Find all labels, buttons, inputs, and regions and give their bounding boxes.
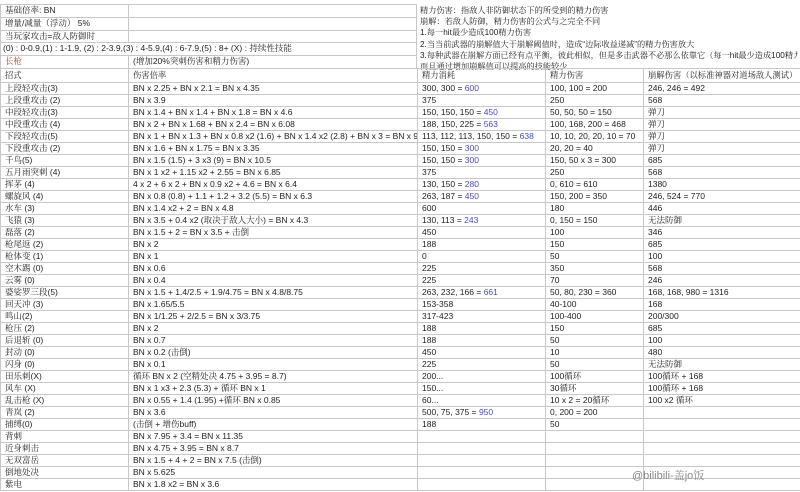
move-name-cell: 螺旋风 (4) (1, 191, 129, 203)
ki-damage-cell: 10, 10, 20, 20, 10 = 70 (546, 131, 644, 143)
break-damage-cell: 弹刀 (644, 119, 800, 131)
top-row: 增量/减量（浮动） 5% (1, 18, 417, 31)
table-row: 下段轻攻击(5)BN x 1 + BN x 1.3 + BN x 0.8 x2 … (1, 131, 800, 143)
ki-damage-cell: 50 (546, 251, 644, 263)
break-damage-cell: 246 (644, 275, 800, 287)
ki-cost-cell: 263, 232, 166 = 661 (418, 287, 546, 299)
table-row: 枪压 (2)BN x 2188150685 (1, 323, 800, 335)
top-row: 基础倍率: BN (1, 5, 417, 18)
top-row-value (129, 5, 417, 17)
table-row: 背刺BN x 7.95 + 3.4 = BN x 11.35 (1, 431, 800, 443)
ki-damage-cell: 100-400 (546, 311, 644, 323)
move-name-cell: 近身刺击 (1, 443, 129, 455)
ki-cost-cell: 150, 150 = 300 (418, 143, 546, 155)
table-row: 水车 (3)BN x 1.4 x2 + 2 = BN x 4.860018044… (1, 203, 800, 215)
move-name-cell: 枪压 (2) (1, 323, 129, 335)
column-header: 崩解伤害（以标准神器对道场敌人测试） (644, 69, 800, 83)
damage-formula-cell: BN x 1.5 + 2 = BN x 3.5 + 击倒 (129, 227, 418, 239)
damage-formula-cell: (击倒 + 增伤buff) (129, 419, 418, 431)
damage-formula-cell: BN x 7.95 + 3.4 = BN x 11.35 (129, 431, 418, 443)
ki-cost-cell: 600 (418, 203, 546, 215)
ki-cost-cell (418, 479, 546, 491)
break-damage-cell (644, 419, 800, 431)
damage-formula-cell: BN x 3.6 (129, 407, 418, 419)
ki-cost-total: 950 (479, 407, 493, 417)
ki-cost-cell: 113, 112, 113, 150, 150 = 638 (418, 131, 546, 143)
ki-cost-total: 450 (465, 191, 479, 201)
ki-damage-cell: 150 (546, 323, 644, 335)
ki-cost-cell: 150, 150 = 300 (418, 155, 546, 167)
ki-damage-cell: 250 (546, 95, 644, 107)
top-row-label: 长枪 (1, 56, 129, 68)
ki-cost-cell: 130, 150 = 280 (418, 179, 546, 191)
break-damage-cell: 100 (644, 251, 800, 263)
ki-cost-cell: 225 (418, 263, 546, 275)
table-row: 枪尾返 (2)BN x 2188150685 (1, 239, 800, 251)
move-name-cell: 婆娑罗三段(5) (1, 287, 129, 299)
damage-formula-cell: BN x 1.4 x2 + 2 = BN x 4.8 (129, 203, 418, 215)
break-damage-cell: 弹刀 (644, 107, 800, 119)
move-name-cell: 回天冲 (3) (1, 299, 129, 311)
ki-cost-cell: 188 (418, 323, 546, 335)
top-row: 当玩家攻击=敌人防御时 (1, 31, 417, 44)
table-row: 螺旋风 (4)BN x 0.8 (0.8) + 1.1 + 1.2 + 3.2 … (1, 191, 800, 203)
move-name-cell: 田乐刺(X) (1, 371, 129, 383)
table-row: 磊落 (2)BN x 1.5 + 2 = BN x 3.5 + 击倒450100… (1, 227, 800, 239)
damage-formula-cell: BN x 0.2 (击倒) (129, 347, 418, 359)
damage-formula-cell: BN x 2 + BN x 1.68 + BN x 2.4 = BN x 6.0… (129, 119, 418, 131)
damage-formula-cell: BN x 0.6 (129, 263, 418, 275)
damage-formula-cell: BN x 2 (129, 239, 418, 251)
damage-formula-cell: BN x 1.4 + BN x 1.4 + BN x 1.8 = BN x 4.… (129, 107, 418, 119)
break-damage-cell: 346 (644, 227, 800, 239)
column-header: 精力消耗 (418, 69, 546, 83)
damage-formula-cell: BN x 2 (129, 323, 418, 335)
break-damage-cell: 200/300 (644, 311, 800, 323)
column-header: 招式 (1, 69, 129, 83)
move-name-cell: 闪身 (0) (1, 359, 129, 371)
move-name-cell: 紫电 (1, 479, 129, 491)
table-row: 回天冲 (3)BN x 1.65/5.5153-35840-100168 (1, 299, 800, 311)
ki-cost-total: 563 (484, 119, 498, 129)
ki-cost-total: 600 (465, 83, 479, 93)
move-name-cell: 下段轻攻击(5) (1, 131, 129, 143)
ki-cost-cell: 150, 150, 150 = 450 (418, 107, 546, 119)
damage-formula-cell: BN x 1.6 + BN x 1.75 = BN x 3.35 (129, 143, 418, 155)
ki-cost-total: 638 (520, 131, 534, 141)
ki-damage-cell: 250 (546, 167, 644, 179)
table-row: 云雾 (0)BN x 0.422570246 (1, 275, 800, 287)
top-row-label: 增量/减量（浮动） 5% (1, 18, 129, 30)
ki-cost-cell: 450 (418, 347, 546, 359)
move-name-cell: 中段轻攻击(3) (1, 107, 129, 119)
move-name-cell: 封动 (0) (1, 347, 129, 359)
move-name-cell: 上段轻攻击(3) (1, 83, 129, 95)
ki-cost-cell: 500, 75, 375 = 950 (418, 407, 546, 419)
break-damage-cell: 1380 (644, 179, 800, 191)
damage-formula-cell: BN x 0.55 + 1.4 (1.95) +循环 BN x 0.85 (129, 395, 418, 407)
ki-damage-cell: 10 (546, 347, 644, 359)
break-damage-cell: 100 x2 循环 (644, 395, 800, 407)
ki-damage-cell: 100, 100 = 200 (546, 83, 644, 95)
break-damage-cell: 480 (644, 347, 800, 359)
break-damage-cell: 100 (644, 335, 800, 347)
table-row: 挥茅 (4)4 x 2 + 6 x 2 + BN x 0.9 x2 + 4.6 … (1, 179, 800, 191)
ki-damage-cell: 100 (546, 227, 644, 239)
damage-formula-cell: BN x 0.4 (129, 275, 418, 287)
ki-damage-cell: 50 (546, 359, 644, 371)
move-name-cell: 上段重攻击 (2) (1, 95, 129, 107)
column-header: 精力伤害 (546, 69, 644, 83)
ki-cost-cell: 317-423 (418, 311, 546, 323)
ki-cost-cell: 263, 187 = 450 (418, 191, 546, 203)
ki-cost-cell: 375 (418, 95, 546, 107)
top-row-value (129, 18, 417, 30)
damage-formula-cell: BN x 3.5 + 0.4 x2 (取决于敌人大小) = BN x 4.3 (129, 215, 418, 227)
damage-formula-cell: BN x 1.5 + 1.4/2.5 + 1.9/4.75 = BN x 4.8… (129, 287, 418, 299)
ki-cost-cell (418, 455, 546, 467)
table-row: 封动 (0)BN x 0.2 (击倒)45010480 (1, 347, 800, 359)
ki-damage-cell: 0, 610 = 610 (546, 179, 644, 191)
move-name-cell: 无双富岳 (1, 455, 129, 467)
move-name-cell: 五月雨突刺 (4) (1, 167, 129, 179)
note-line: 1.每一hit最少造成100精力伤害 (420, 27, 798, 38)
ki-damage-cell: 0, 200 = 200 (546, 407, 644, 419)
ki-damage-cell: 180 (546, 203, 644, 215)
damage-formula-cell: BN x 4.75 + 3.95 = BN x 8.7 (129, 443, 418, 455)
ki-damage-cell: 100, 168, 200 = 468 (546, 119, 644, 131)
table-row: 田乐刺(X)循环 BN x 2 (空精处决 4.75 + 3.95 = 8.7)… (1, 371, 800, 383)
ki-cost-cell: 188 (418, 335, 546, 347)
ki-damage-cell (546, 443, 644, 455)
break-damage-cell: 168 (644, 299, 800, 311)
top-left-rows: 基础倍率: BN增量/减量（浮动） 5%当玩家攻击=敌人防御时(0) : 0-0… (0, 4, 417, 69)
ki-damage-cell: 50, 80, 230 = 360 (546, 287, 644, 299)
damage-formula-cell: BN x 2.25 + BN x 2.1 = BN x 4.35 (129, 83, 418, 95)
ki-cost-cell (418, 443, 546, 455)
table-row: 中段轻攻击(3)BN x 1.4 + BN x 1.4 + BN x 1.8 =… (1, 107, 800, 119)
ki-damage-cell: 150, 50 x 3 = 300 (546, 155, 644, 167)
damage-formula-cell: BN x 1 x3 + 2.3 (5.3) + 循环 BN x 1 (129, 383, 418, 395)
break-damage-cell: 100循环 + 168 (644, 371, 800, 383)
break-damage-cell: 685 (644, 323, 800, 335)
damage-formula-cell: BN x 1 (129, 251, 418, 263)
ki-damage-cell (546, 431, 644, 443)
ki-cost-cell: 375 (418, 167, 546, 179)
damage-formula-cell: BN x 3.9 (129, 95, 418, 107)
note-line: 2.当当前武器的崩解值大于崩解阈值时，造成“边际收益递减”的精力伤害放大 (420, 39, 798, 50)
top-row-value (129, 31, 417, 43)
ki-damage-cell: 100循环 (546, 371, 644, 383)
break-damage-cell: 弹刀 (644, 131, 800, 143)
break-damage-cell: 685 (644, 239, 800, 251)
move-name-cell: 下段重攻击 (2) (1, 143, 129, 155)
damage-formula-cell: BN x 1 x2 + 1.15 x2 + 2.55 = BN x 6.85 (129, 167, 418, 179)
ki-cost-total: 450 (484, 107, 498, 117)
move-name-cell: 枪尾返 (2) (1, 239, 129, 251)
ki-damage-cell: 40-100 (546, 299, 644, 311)
table-row: 下段重攻击 (2)BN x 1.6 + BN x 1.75 = BN x 3.3… (1, 143, 800, 155)
table-row: 飞猿 (3)BN x 3.5 + 0.4 x2 (取决于敌人大小) = BN x… (1, 215, 800, 227)
watermark: @bilibili-盖jo饭 (632, 467, 704, 483)
top-row: (0) : 0-0.9,(1) : 1-1.9, (2) : 2-3.9,(3)… (1, 43, 417, 56)
break-damage-cell: 无法防御 (644, 359, 800, 371)
break-damage-cell: 446 (644, 203, 800, 215)
notes-block: 精力伤害：指敌人非防御状态下的所受到的精力伤害崩解：若敌人防御，精力伤害的公式与… (420, 5, 798, 72)
note-line: 崩解：若敌人防御，精力伤害的公式与之完全不同 (420, 16, 798, 27)
move-name-cell: 云雾 (0) (1, 275, 129, 287)
break-damage-cell: 168, 168, 980 = 1316 (644, 287, 800, 299)
damage-formula-cell: BN x 1.5 (1.5) + 3 x3 (9) = BN x 10.5 (129, 155, 418, 167)
damage-formula-cell: 循环 BN x 2 (空精处决 4.75 + 3.95 = 8.7) (129, 371, 418, 383)
table-row: 五月雨突刺 (4)BN x 1 x2 + 1.15 x2 + 2.55 = BN… (1, 167, 800, 179)
break-damage-cell: 685 (644, 155, 800, 167)
ki-cost-total: 300 (465, 143, 479, 153)
damage-formula-cell: BN x 0.7 (129, 335, 418, 347)
ki-damage-cell: 30循环 (546, 383, 644, 395)
ki-damage-cell: 70 (546, 275, 644, 287)
break-damage-cell: 568 (644, 263, 800, 275)
table-row: 近身刺击BN x 4.75 + 3.95 = BN x 8.7 (1, 443, 800, 455)
ki-cost-total: 243 (464, 215, 478, 225)
note-line: 精力伤害：指敌人非防御状态下的所受到的精力伤害 (420, 5, 798, 16)
table-row: 闪身 (0)BN x 0.122550无法防御 (1, 359, 800, 371)
ki-cost-cell: 188, 150, 225 = 563 (418, 119, 546, 131)
table-row: 后退斩 (0)BN x 0.718850100 (1, 335, 800, 347)
ki-damage-cell: 10 x 2 = 20循环 (546, 395, 644, 407)
move-name-cell: 背刺 (1, 431, 129, 443)
move-name-cell: 磊落 (2) (1, 227, 129, 239)
damage-formula-cell: BN x 1/1.25 + 2/2.5 = BN x 3/3.75 (129, 311, 418, 323)
table-header-row: 招式伤害倍率精力消耗精力伤害崩解伤害（以标准神器对道场敌人测试） (1, 69, 800, 83)
move-name-cell: 倒地处决 (1, 467, 129, 479)
top-row-text: (0) : 0-0.9,(1) : 1-1.9, (2) : 2-3.9,(3)… (1, 43, 417, 55)
damage-formula-cell: 4 x 2 + 6 x 2 + BN x 0.9 x2 + 4.6 = BN x… (129, 179, 418, 191)
ki-cost-cell: 150... (418, 383, 546, 395)
break-damage-cell: 无法防御 (644, 215, 800, 227)
top-row-value: (增加20%突刺伤害和精力伤害) (129, 56, 417, 68)
move-name-cell: 水车 (3) (1, 203, 129, 215)
move-name-cell: 后退斩 (0) (1, 335, 129, 347)
move-name-cell: 鸣山(2) (1, 311, 129, 323)
column-header: 伤害倍率 (129, 69, 418, 83)
table-row: 中段重攻击 (4)BN x 2 + BN x 1.68 + BN x 2.4 =… (1, 119, 800, 131)
move-name-cell: 枪体变 (1) (1, 251, 129, 263)
break-damage-cell (644, 431, 800, 443)
table-row: 乱击枪 (X)BN x 0.55 + 1.4 (1.95) +循环 BN x 0… (1, 395, 800, 407)
break-damage-cell (644, 407, 800, 419)
move-name-cell: 乱击枪 (X) (1, 395, 129, 407)
ki-cost-cell: 450 (418, 227, 546, 239)
ki-damage-cell: 350 (546, 263, 644, 275)
break-damage-cell: 246, 524 = 770 (644, 191, 800, 203)
ki-damage-cell: 50 (546, 335, 644, 347)
ki-cost-cell: 200... (418, 371, 546, 383)
table-row: 捕缚(0)(击倒 + 增伤buff)18850 (1, 419, 800, 431)
ki-cost-total: 300 (465, 155, 479, 165)
ki-damage-cell (546, 467, 644, 479)
move-name-cell: 挥茅 (4) (1, 179, 129, 191)
ki-damage-cell: 0, 150 = 150 (546, 215, 644, 227)
table-row: 上段轻攻击(3)BN x 2.25 + BN x 2.1 = BN x 4.35… (1, 83, 800, 95)
ki-cost-total: 661 (484, 287, 498, 297)
ki-damage-cell: 50, 50, 50 = 150 (546, 107, 644, 119)
damage-formula-cell: BN x 0.1 (129, 359, 418, 371)
move-name-cell: 捕缚(0) (1, 419, 129, 431)
ki-damage-cell (546, 479, 644, 491)
top-row-label: 当玩家攻击=敌人防御时 (1, 31, 129, 43)
ki-cost-cell: 225 (418, 275, 546, 287)
ki-damage-cell: 50 (546, 419, 644, 431)
ki-cost-cell: 0 (418, 251, 546, 263)
damage-formula-cell: BN x 1.8 x2 = BN x 3.6 (129, 479, 418, 491)
damage-formula-cell: BN x 5.625 (129, 467, 418, 479)
move-name-cell: 千鸟(5) (1, 155, 129, 167)
ki-cost-cell: 60... (418, 395, 546, 407)
ki-cost-cell (418, 467, 546, 479)
note-line: 3.每种武器在崩解方面已经有点平衡，彼此相似，但是多击武器不必那么依靠它（每一h… (420, 50, 798, 61)
table-row: 婆娑罗三段(5)BN x 1.5 + 1.4/2.5 + 1.9/4.75 = … (1, 287, 800, 299)
table-row: 空木踢 (0)BN x 0.6225350568 (1, 263, 800, 275)
break-damage-cell (644, 455, 800, 467)
top-row-label: 基础倍率: BN (1, 5, 129, 17)
spreadsheet-page: 基础倍率: BN增量/减量（浮动） 5%当玩家攻击=敌人防御时(0) : 0-0… (0, 0, 800, 492)
table-row: 鸣山(2)BN x 1/1.25 + 2/2.5 = BN x 3/3.7531… (1, 311, 800, 323)
move-name-cell: 空木踢 (0) (1, 263, 129, 275)
damage-formula-cell: BN x 1 + BN x 1.3 + BN x 0.8 x2 (1.6) + … (129, 131, 418, 143)
damage-formula-cell: BN x 0.8 (0.8) + 1.1 + 1.2 + 3.2 (5.5) =… (129, 191, 418, 203)
table-row: 青岚 (2)BN x 3.6500, 75, 375 = 9500, 200 =… (1, 407, 800, 419)
break-damage-cell: 568 (644, 167, 800, 179)
ki-cost-cell: 300, 300 = 600 (418, 83, 546, 95)
move-name-cell: 风车 (X) (1, 383, 129, 395)
table-row: 千鸟(5)BN x 1.5 (1.5) + 3 x3 (9) = BN x 10… (1, 155, 800, 167)
break-damage-cell (644, 443, 800, 455)
break-damage-cell: 568 (644, 95, 800, 107)
break-damage-cell: 100循环 + 168 (644, 383, 800, 395)
move-name-cell: 青岚 (2) (1, 407, 129, 419)
ki-damage-cell: 150, 200 = 350 (546, 191, 644, 203)
ki-cost-cell: 130, 113 = 243 (418, 215, 546, 227)
ki-cost-cell: 188 (418, 239, 546, 251)
break-damage-cell: 246, 246 = 492 (644, 83, 800, 95)
moves-table: 招式伤害倍率精力消耗精力伤害崩解伤害（以标准神器对道场敌人测试） 上段轻攻击(3… (0, 68, 800, 491)
ki-cost-cell (418, 431, 546, 443)
table-row: 风车 (X)BN x 1 x3 + 2.3 (5.3) + 循环 BN x 11… (1, 383, 800, 395)
move-name-cell: 飞猿 (3) (1, 215, 129, 227)
ki-cost-cell: 225 (418, 359, 546, 371)
ki-damage-cell: 20, 20 = 40 (546, 143, 644, 155)
ki-cost-cell: 188 (418, 419, 546, 431)
table-row: 枪体变 (1)BN x 1050100 (1, 251, 800, 263)
damage-formula-cell: BN x 1.5 + 4 + 2 = BN x 7.5 (击倒) (129, 455, 418, 467)
move-name-cell: 中段重攻击 (4) (1, 119, 129, 131)
ki-damage-cell (546, 455, 644, 467)
table-row: 无双富岳BN x 1.5 + 4 + 2 = BN x 7.5 (击倒) (1, 455, 800, 467)
ki-cost-total: 280 (465, 179, 479, 189)
damage-formula-cell: BN x 1.65/5.5 (129, 299, 418, 311)
ki-damage-cell: 150 (546, 239, 644, 251)
break-damage-cell: 弹刀 (644, 143, 800, 155)
table-row: 上段重攻击 (2)BN x 3.9375250568 (1, 95, 800, 107)
ki-cost-cell: 153-358 (418, 299, 546, 311)
